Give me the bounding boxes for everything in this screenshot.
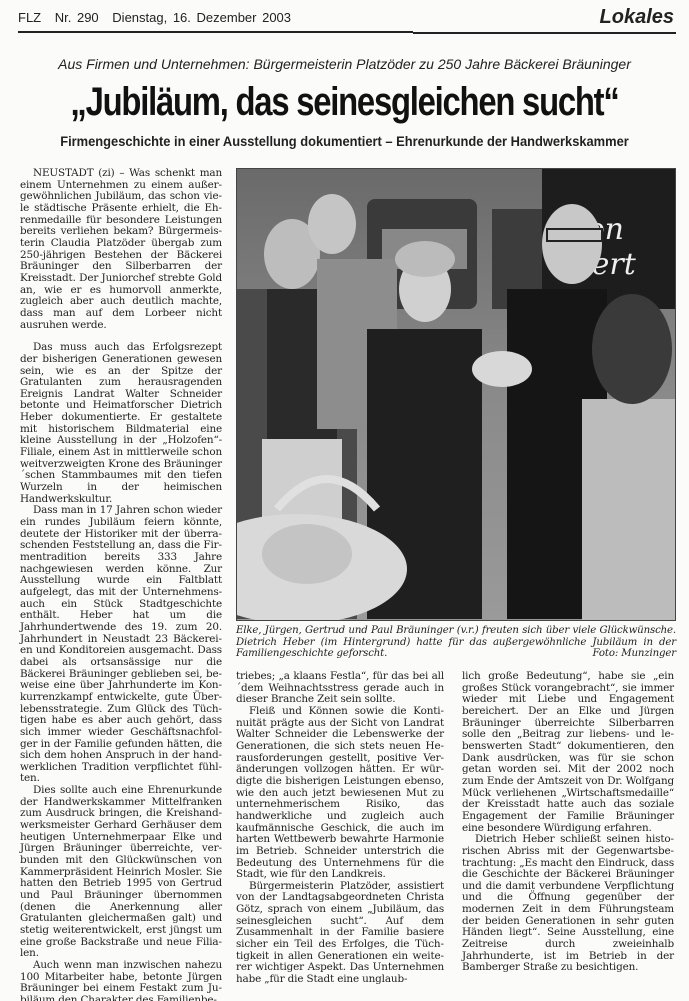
- paper-name: FLZ: [18, 10, 41, 25]
- paragraph: lich große Bedeutung“, habe sie „ein gro…: [462, 671, 674, 834]
- paragraph: Fleiß und Können sowie die Konti­nuität …: [236, 706, 444, 881]
- article-kicker: Aus Firmen und Unternehmen: Bürgermeiste…: [0, 56, 689, 72]
- paragraph: Dietrich Heber schließt seinen histo­ris…: [462, 834, 674, 974]
- masthead-info: FLZ Nr. 290 Dienstag, 16. Dezember 2003: [18, 10, 299, 25]
- article-column-3: lich große Bedeutung“, habe sie „ein gro…: [462, 671, 674, 974]
- issue-date: Dienstag, 16. Dezember 2003: [112, 10, 291, 25]
- issue-number: Nr. 290: [55, 10, 99, 25]
- article-subhead: Firmengeschichte in einer Ausstellung do…: [28, 133, 662, 149]
- paragraph: Dies sollte auch eine Ehrenurkunde der H…: [20, 785, 222, 960]
- article-headline: „Jubiläum, das seinesgleichen sucht“: [62, 80, 627, 125]
- masthead: FLZ Nr. 290 Dienstag, 16. Dezember 2003 …: [18, 6, 674, 28]
- paragraph: Das muss auch das Erfolgsrezept der bish…: [20, 342, 222, 505]
- article-column-2: triebes; „a klaans Festla“, für das bei …: [236, 671, 444, 986]
- group-photo-image: ion iert: [237, 169, 676, 621]
- photo-credit: Foto: Munzinger: [593, 648, 676, 660]
- paragraph: triebes; „a klaans Festla“, für das bei …: [236, 671, 444, 706]
- photo-caption: Elke, Jürgen, Gertrud und Paul Bräuninge…: [236, 625, 676, 660]
- section-rule: [413, 32, 676, 34]
- paragraph: NEUSTADT (zi) – Was schenkt man einem Un…: [20, 168, 222, 331]
- masthead-rule: [18, 31, 413, 33]
- article-photo: ion iert: [236, 168, 676, 621]
- section-label: Lokales: [600, 6, 674, 29]
- paragraph: Bürgermeisterin Platzöder, assistiert vo…: [236, 881, 444, 986]
- paragraph: Auch wenn man inzwischen nahezu 100 Mita…: [20, 960, 222, 1001]
- paragraph: Dass man in 17 Jahren schon wieder ein r…: [20, 505, 222, 785]
- article-column-1: NEUSTADT (zi) – Was schenkt man einem Un…: [20, 168, 222, 1001]
